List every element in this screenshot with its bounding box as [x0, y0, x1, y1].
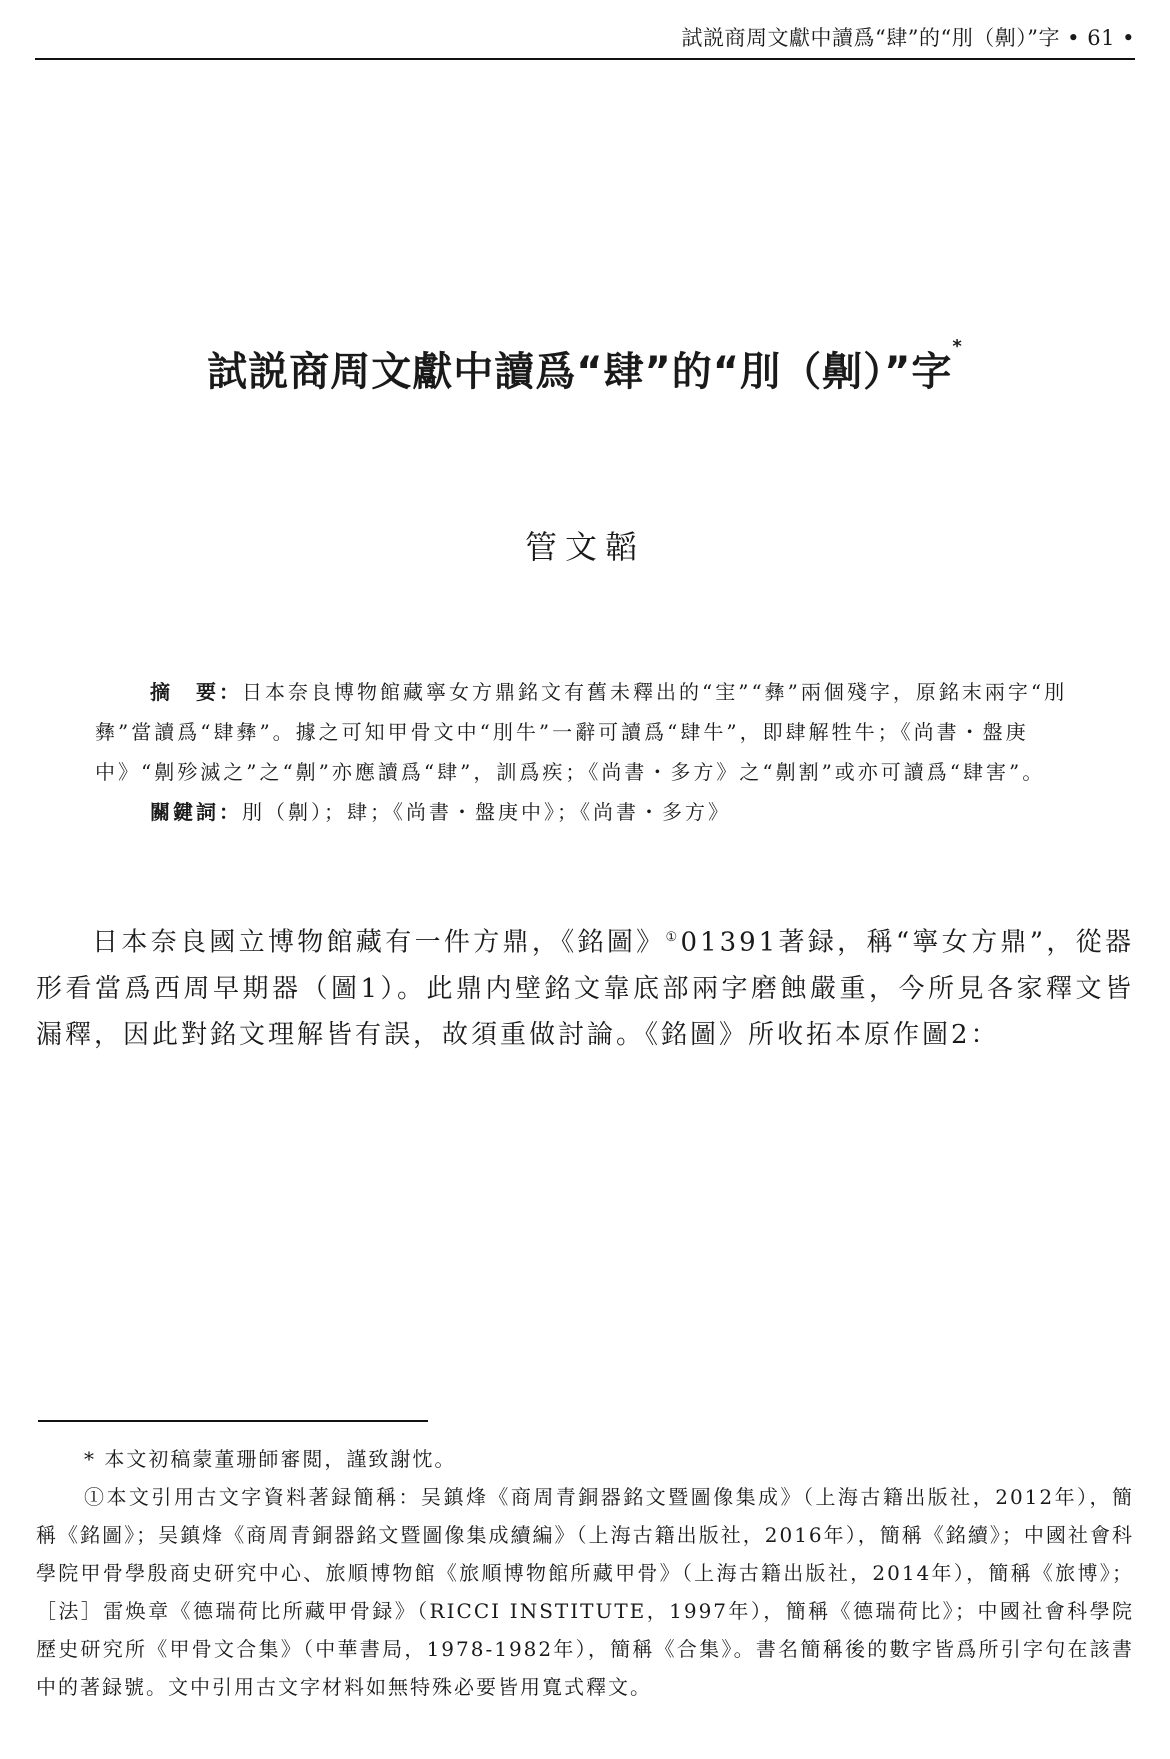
footnotes-section: * 本文初稿蒙董珊師審閲，謹致謝忱。 ①本文引用古文字資料著録簡稱：吴鎮烽《商周…	[36, 1440, 1134, 1706]
abstract-label: 摘 要：	[150, 680, 242, 704]
footnote-acknowledgement: * 本文初稿蒙董珊師審閲，謹致謝忱。	[36, 1440, 1134, 1478]
page-title: 試説商周文獻中讀爲“肆”的“刖（劓）”字*	[0, 340, 1170, 397]
body-paragraph: 日本奈良國立博物館藏有一件方鼎，《銘圖》①01391著録，稱“寧女方鼎”，從器形…	[36, 915, 1134, 1058]
title-text: 試説商周文獻中讀爲“肆”的“刖（劓）”字	[207, 349, 952, 395]
footnote-ref-1[interactable]: ①	[666, 930, 681, 945]
footnote-1: ①本文引用古文字資料著録簡稱：吴鎮烽《商周青銅器銘文暨圖像集成》（上海古籍出版社…	[36, 1478, 1134, 1706]
keywords-label: 關鍵詞：	[150, 800, 242, 824]
abstract-section: 摘 要：日本奈良博物館藏寧女方鼎銘文有舊未釋出的“宔”“彝”兩個殘字，原銘末兩字…	[95, 672, 1075, 832]
title-footnote-mark[interactable]: *	[952, 336, 962, 357]
body-text: 日本奈良國立博物館藏有一件方鼎，《銘圖》①01391著録，稱“寧女方鼎”，從器形…	[36, 915, 1134, 1058]
body-text-part1: 日本奈良國立博物館藏有一件方鼎，《銘圖》	[92, 928, 666, 958]
keywords-line: 關鍵詞：刖（劓）；肆；《尚書・盤庚中》；《尚書・多方》	[95, 792, 1075, 832]
keywords-text: 刖（劓）；肆；《尚書・盤庚中》；《尚書・多方》	[242, 800, 731, 824]
author-name: 管文韜	[0, 522, 1170, 568]
running-head: 試説商周文獻中讀爲“肆”的“刖（劓）”字 • 61 •	[35, 18, 1135, 60]
abstract-paragraph: 摘 要：日本奈良博物館藏寧女方鼎銘文有舊未釋出的“宔”“彝”兩個殘字，原銘末兩字…	[95, 672, 1075, 792]
footnote-divider	[38, 1420, 428, 1422]
running-head-text: 試説商周文獻中讀爲“肆”的“刖（劓）”字 • 61 •	[682, 26, 1135, 50]
